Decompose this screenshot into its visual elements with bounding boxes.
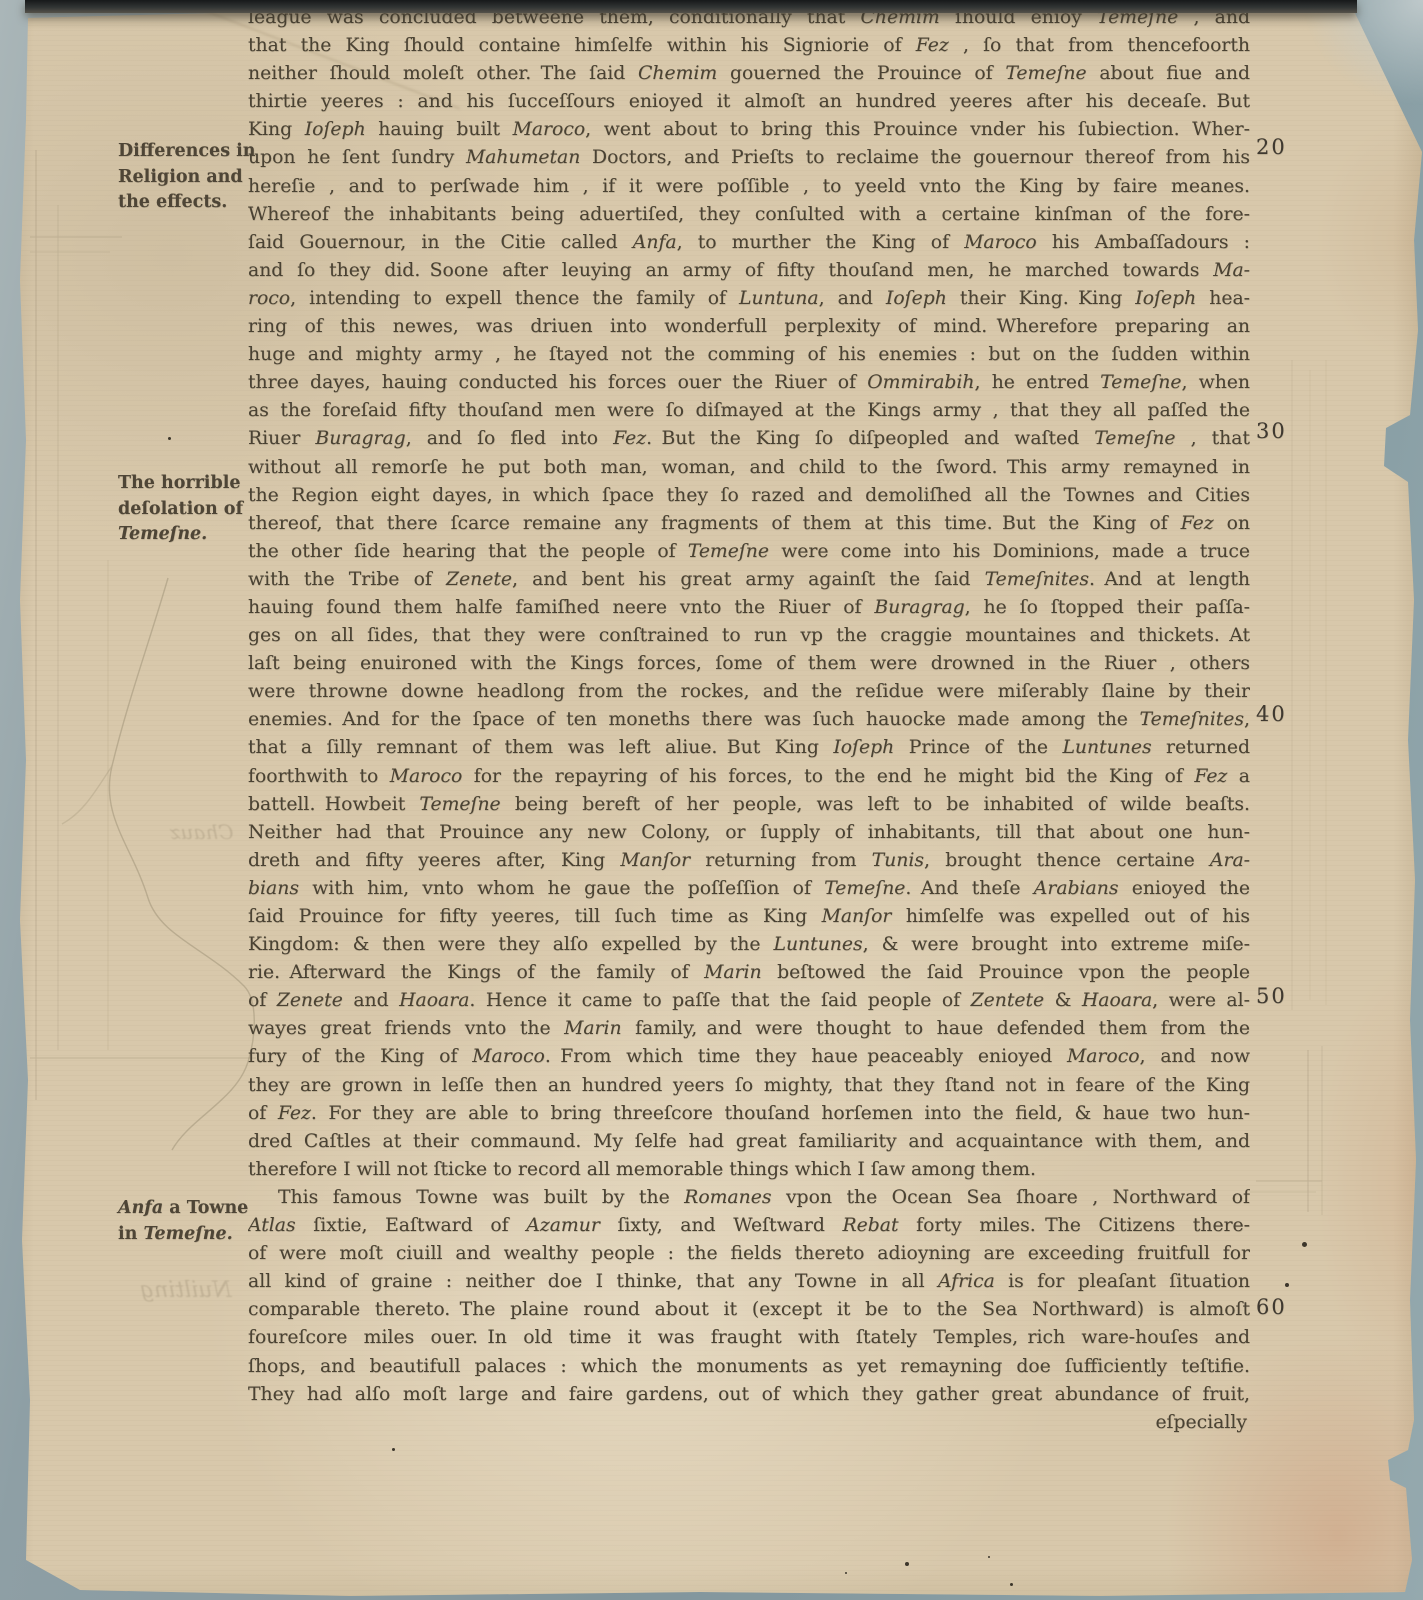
ink-speck: [392, 1448, 395, 1451]
text-line: thirtie yeeres : and his ſucceſſours eni…: [248, 88, 1250, 116]
main-text: league was concluded betweene them, cond…: [248, 4, 1250, 1409]
text-line: ſaid Prouince for fifty yeeres, till ſuc…: [248, 903, 1250, 931]
text-line: comparable thereto. The plaine round abo…: [248, 1296, 1250, 1324]
text-line: hauing found them halfe famiſhed neere v…: [248, 594, 1250, 622]
text-line: rie. Afterward the Kings of the family o…: [248, 959, 1250, 987]
text-line: without all remorſe he put both man, wom…: [248, 454, 1250, 482]
line-number: 20: [1256, 135, 1287, 159]
text-line: huge and mighty army , he ſtayed not the…: [248, 341, 1250, 369]
catchword: eſpecially: [1155, 1412, 1247, 1433]
text-line: as the foreſaid fifty thouſand men were …: [248, 397, 1250, 425]
text-line: therefore I will not ſticke to record al…: [248, 1156, 1250, 1184]
text-line: wayes great friends vnto the Marin famil…: [248, 1015, 1250, 1043]
text-line: laſt being enuironed with the Kings forc…: [248, 650, 1250, 678]
ink-speck: [905, 1562, 909, 1566]
line-number: 50: [1256, 984, 1287, 1008]
ink-speck: [988, 1556, 990, 1558]
text-line: ges on all ſides, that they were conſtra…: [248, 622, 1250, 650]
text-line: the other ſide hearing that the people o…: [248, 538, 1250, 566]
line-number: 40: [1256, 702, 1287, 726]
text-line: of Fez. For they are able to bring three…: [248, 1100, 1250, 1128]
text-line: bians with him, vnto whom he gaue the po…: [248, 875, 1250, 903]
text-line: and ſo they did. Soone after leuying an …: [248, 257, 1250, 285]
text-line: all kind of graine : neither doe I think…: [248, 1268, 1250, 1296]
text-line: roco, intending to expell thence the fam…: [248, 285, 1250, 313]
text-line: hereſie , and to perſwade him , if it we…: [248, 173, 1250, 201]
text-line: that a ſilly remnant of them was left al…: [248, 734, 1250, 762]
ink-speck: [168, 437, 171, 440]
text-line: foorthwith to Maroco for the repayring o…: [248, 763, 1250, 791]
text-line: upon he ſent ſundry Mahumetan Doctors, a…: [248, 144, 1250, 172]
text-line: of were moſt ciuill and wealthy people :…: [248, 1240, 1250, 1268]
ink-speck: [1285, 1283, 1289, 1287]
ink-speck: [1302, 1242, 1307, 1247]
text-line: They had alſo moſt large and faire garde…: [248, 1381, 1250, 1409]
text-line: King Ioſeph hauing built Maroco, went ab…: [248, 116, 1250, 144]
scanned-book-page: ChauzNuilting Differences inReligion and…: [0, 0, 1423, 1600]
text-line: ſhops, and beautifull palaces : which th…: [248, 1353, 1250, 1381]
text-line: they are grown in leſſe then an hundred …: [248, 1072, 1250, 1100]
page: ChauzNuilting Differences inReligion and…: [0, 0, 1423, 1600]
text-line: battell. Howbeit Temeſne being bereft of…: [248, 791, 1250, 819]
ghost-word: Nuilting: [140, 1278, 232, 1303]
text-line: thereof, that there ſcarce remaine any f…: [248, 510, 1250, 538]
text-line: Whereof the inhabitants being aduertiſed…: [248, 201, 1250, 229]
text-line: the Region eight dayes, in which ſpace t…: [248, 482, 1250, 510]
text-line: of Zenete and Haoara. Hence it came to p…: [248, 987, 1250, 1015]
text-line: ring of this newes, was driuen into wond…: [248, 313, 1250, 341]
text-line: that the King ſhould containe himſelfe w…: [248, 32, 1250, 60]
text-line: dred Caſtles at their commaund. My ſelfe…: [248, 1128, 1250, 1156]
ghost-word: Chauz: [170, 820, 234, 844]
text-line: ſaid Gouernour, in the Citie called Anfa…: [248, 229, 1250, 257]
ink-speck: [1010, 1583, 1013, 1586]
text-line: three dayes, hauing conducted his forces…: [248, 369, 1250, 397]
line-number: 60: [1256, 1295, 1287, 1319]
text-line: dreth and fifty yeeres after, King Manſo…: [248, 847, 1250, 875]
text-line: Neither had that Prouince any new Colony…: [248, 819, 1250, 847]
line-number: 30: [1256, 419, 1287, 443]
ink-speck: [845, 1572, 847, 1574]
text-line: with the Tribe of Zenete, and bent his g…: [248, 566, 1250, 594]
top-shadow-band: [25, 0, 1357, 13]
text-line: foureſcore miles ouer. In old time it wa…: [248, 1324, 1250, 1352]
text-line: Kingdom: & then were they alſo expelled …: [248, 931, 1250, 959]
text-line: Riuer Buragrag, and ſo fled into Fez. Bu…: [248, 425, 1250, 453]
text-line: This famous Towne was built by the Roman…: [248, 1184, 1250, 1212]
text-line: Atlas ſixtie, Eaſtward of Azamur ſixty, …: [248, 1212, 1250, 1240]
text-line: were throwne downe headlong from the roc…: [248, 678, 1250, 706]
text-line: enemies. And for the ſpace of ten moneth…: [248, 706, 1250, 734]
text-line: fury of the King of Maroco. From which t…: [248, 1043, 1250, 1071]
text-line: neither ſhould moleſt other. The ſaid Ch…: [248, 60, 1250, 88]
